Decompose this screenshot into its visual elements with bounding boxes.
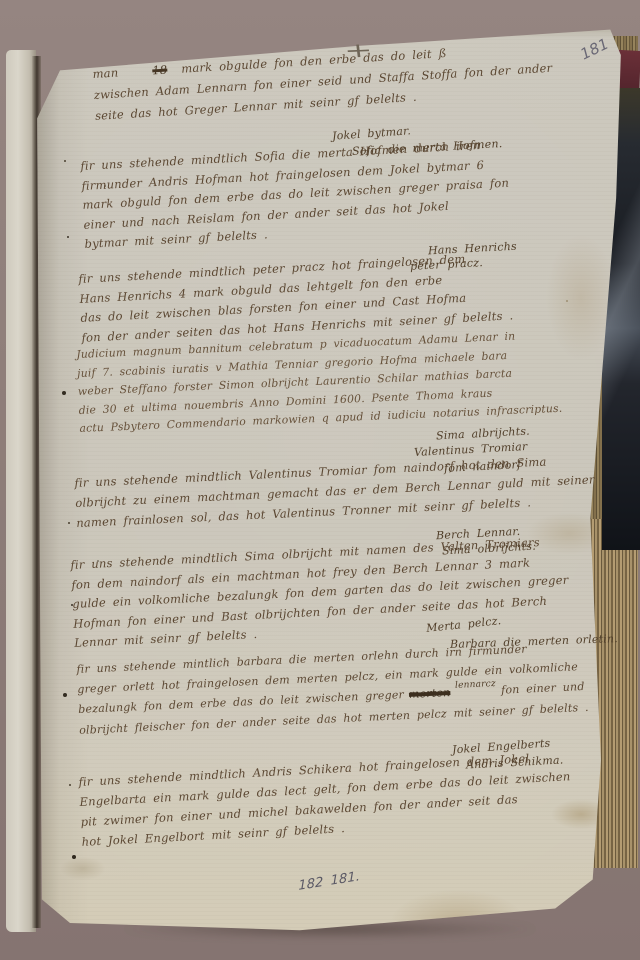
struck-word: 18 bbox=[152, 63, 168, 78]
entry-5: fir uns stehende mindtlich Valentinus Tr… bbox=[74, 449, 596, 533]
bottom-foliation: 182 181. bbox=[298, 869, 360, 894]
manuscript-word: fon einer und bbox=[501, 680, 585, 697]
entry-1: man18mark obgulde fon den erbe das do le… bbox=[92, 37, 554, 127]
inserted-word: lennarcz bbox=[455, 679, 496, 691]
struck-word: merten bbox=[409, 686, 451, 701]
folio-number: 181 bbox=[578, 35, 612, 64]
handwriting-layer: + 181 man18mark obgulde fon den erbe das… bbox=[0, 0, 640, 960]
entry-6: fir uns stehende mindtlich Sima olbrijch… bbox=[70, 532, 571, 654]
photo-scene: + 181 man18mark obgulde fon den erbe das… bbox=[0, 0, 640, 960]
entry-4-latin: Judicium magnum bannitum celebratum p vi… bbox=[76, 326, 563, 439]
entry-7: fir uns stehende mintlich barbara die me… bbox=[76, 637, 589, 741]
entry-2: fir uns stehende mindtlich Sofia die mer… bbox=[80, 135, 512, 255]
entry-8: fir uns stehende mindtlich Andris Schike… bbox=[78, 746, 573, 852]
manuscript-word: man bbox=[92, 65, 119, 81]
